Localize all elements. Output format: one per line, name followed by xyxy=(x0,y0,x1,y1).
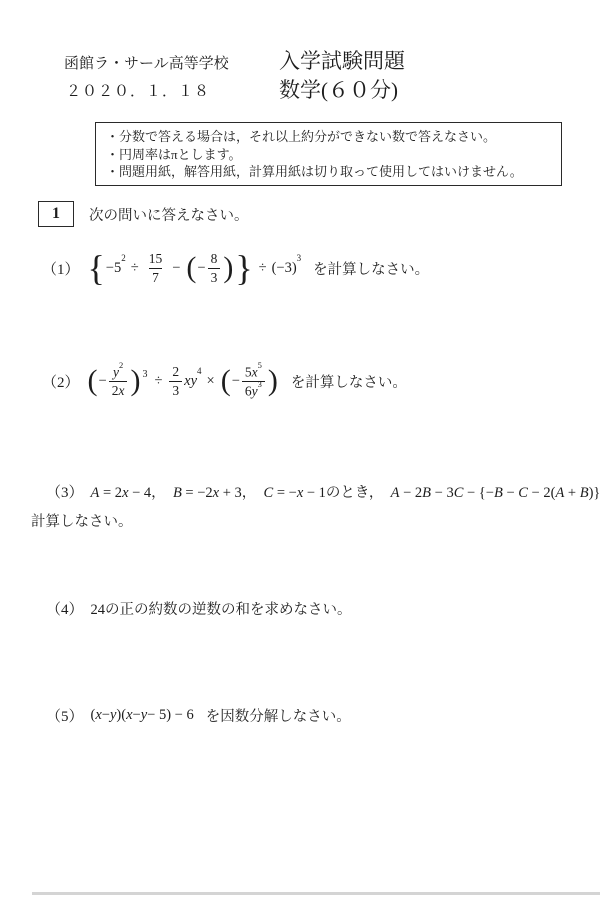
right-brace: } xyxy=(235,250,252,286)
question-5-formula: (x − y)(x − y − 5) − 6 xyxy=(91,707,194,724)
fraction: 15 7 xyxy=(146,251,166,284)
question-2-label: （2） xyxy=(42,371,80,392)
exponent: 2 xyxy=(119,360,123,370)
base: −5 xyxy=(106,260,121,276)
fraction: y2 2x xyxy=(109,364,128,398)
question-1-formula: { −52 ÷ 15 7 − ( − 8 3 ) } ÷ (−3)3 xyxy=(87,250,302,286)
left-paren: ( xyxy=(88,366,98,396)
question-5-suffix: を因数分解しなさい。 xyxy=(206,705,351,726)
question-3: （3） A = 2x − 4， B = −2x + 3， C = −x − 1の… xyxy=(46,481,600,502)
left-paren: ( xyxy=(221,366,231,396)
exam-title: 入学試験問題 xyxy=(279,45,405,75)
question-1-label: （1） xyxy=(42,258,80,279)
question-3-formula: A = 2x − 4， B = −2x + 3， C = −x − 1のとき， … xyxy=(91,481,600,502)
left-brace: { xyxy=(88,250,105,286)
base: (−3) xyxy=(272,260,297,276)
minus-operator: − xyxy=(172,260,180,277)
fraction-numerator: 15 xyxy=(146,251,166,267)
exponent: 3 xyxy=(297,253,302,263)
power-term: (−3)3 xyxy=(272,259,302,277)
question-4-label: （4） xyxy=(46,598,84,619)
question-2-suffix: を計算しなさい。 xyxy=(291,371,407,392)
exam-page: 函館ラ・サール高等学校 ２０２０．１．１８ 入学試験問題 数学(６０分) ・分数… xyxy=(0,0,600,900)
notice-line-2: ・円周率はπとします。 xyxy=(106,146,551,164)
variable: x xyxy=(252,364,258,379)
question-4-text: 24の正の約数の逆数の和を求めなさい。 xyxy=(91,598,352,619)
fraction-denominator: 2x xyxy=(109,381,128,398)
question-2: （2） ( − y2 2x ) 3 ÷ 2 3 xy4 × ( − 5x5 6y… xyxy=(42,355,407,407)
school-name: 函館ラ・サール高等学校 xyxy=(64,52,229,73)
notice-box: ・分数で答える場合は，それ以上約分ができない数で答えなさい。 ・円周率はπとしま… xyxy=(95,122,562,186)
divide-operator: ÷ xyxy=(259,260,267,277)
scan-artifact-line xyxy=(32,892,600,895)
divide-operator: ÷ xyxy=(131,260,139,277)
fraction: 2 3 xyxy=(169,364,182,397)
question-4: （4） 24の正の約数の逆数の和を求めなさい。 xyxy=(46,598,352,619)
exam-date: ２０２０．１．１８ xyxy=(66,80,210,101)
question-1-suffix: を計算しなさい。 xyxy=(313,258,429,279)
multiply-operator: × xyxy=(207,373,215,390)
monomial-term: xy4 xyxy=(184,372,201,390)
divide-operator: ÷ xyxy=(154,373,162,390)
coefficient: 6 xyxy=(245,383,252,398)
fraction-numerator: y2 xyxy=(110,364,126,381)
variable: y xyxy=(252,383,258,398)
minus-sign: − xyxy=(99,373,107,390)
right-paren: ) xyxy=(268,366,278,396)
right-paren: ) xyxy=(223,253,233,283)
question-1: （1） { −52 ÷ 15 7 − ( − 8 3 ) } ÷ (−3)3 を… xyxy=(42,243,429,293)
exponent: 3 xyxy=(142,370,147,380)
fraction-denominator: 6y3 xyxy=(242,381,265,399)
power-term: −52 xyxy=(106,259,126,277)
variable: x xyxy=(118,383,124,398)
fraction-denominator: 3 xyxy=(169,381,182,398)
problem-instruction: 次の問いに答えなさい。 xyxy=(89,204,249,225)
minus-sign: − xyxy=(197,260,205,277)
exponent: 4 xyxy=(197,366,202,376)
question-5: （5） (x − y)(x − y − 5) − 6 を因数分解しなさい。 xyxy=(46,702,351,728)
subject-title: 数学(６０分) xyxy=(279,74,398,104)
problem-number-box: 1 xyxy=(38,201,74,227)
fraction-denominator: 3 xyxy=(208,268,221,285)
coefficient: 5 xyxy=(245,364,252,379)
notice-line-1: ・分数で答える場合は，それ以上約分ができない数で答えなさい。 xyxy=(106,128,551,146)
problem-1-header: 1 次の問いに答えなさい。 xyxy=(38,201,249,227)
notice-line-3: ・問題用紙，解答用紙，計算用紙は切り取って使用してはいけません。 xyxy=(106,163,551,181)
exponent: 5 xyxy=(258,360,262,370)
right-paren: ) xyxy=(130,366,140,396)
question-3-label: （3） xyxy=(46,481,84,502)
fraction-denominator: 7 xyxy=(149,268,162,285)
question-3-continuation: 計算しなさい。 xyxy=(31,510,133,531)
question-2-formula: ( − y2 2x ) 3 ÷ 2 3 xy4 × ( − 5x5 6y3 ) xyxy=(87,364,279,398)
fraction-numerator: 8 xyxy=(208,251,221,267)
exponent: 3 xyxy=(258,379,262,389)
fraction-numerator: 5x5 xyxy=(242,364,265,381)
exponent: 2 xyxy=(121,253,126,263)
minus-sign: − xyxy=(232,373,240,390)
question-5-label: （5） xyxy=(46,705,84,726)
fraction-numerator: 2 xyxy=(169,364,182,380)
left-paren: ( xyxy=(186,253,196,283)
fraction: 8 3 xyxy=(208,251,221,284)
fraction: 5x5 6y3 xyxy=(242,364,265,398)
